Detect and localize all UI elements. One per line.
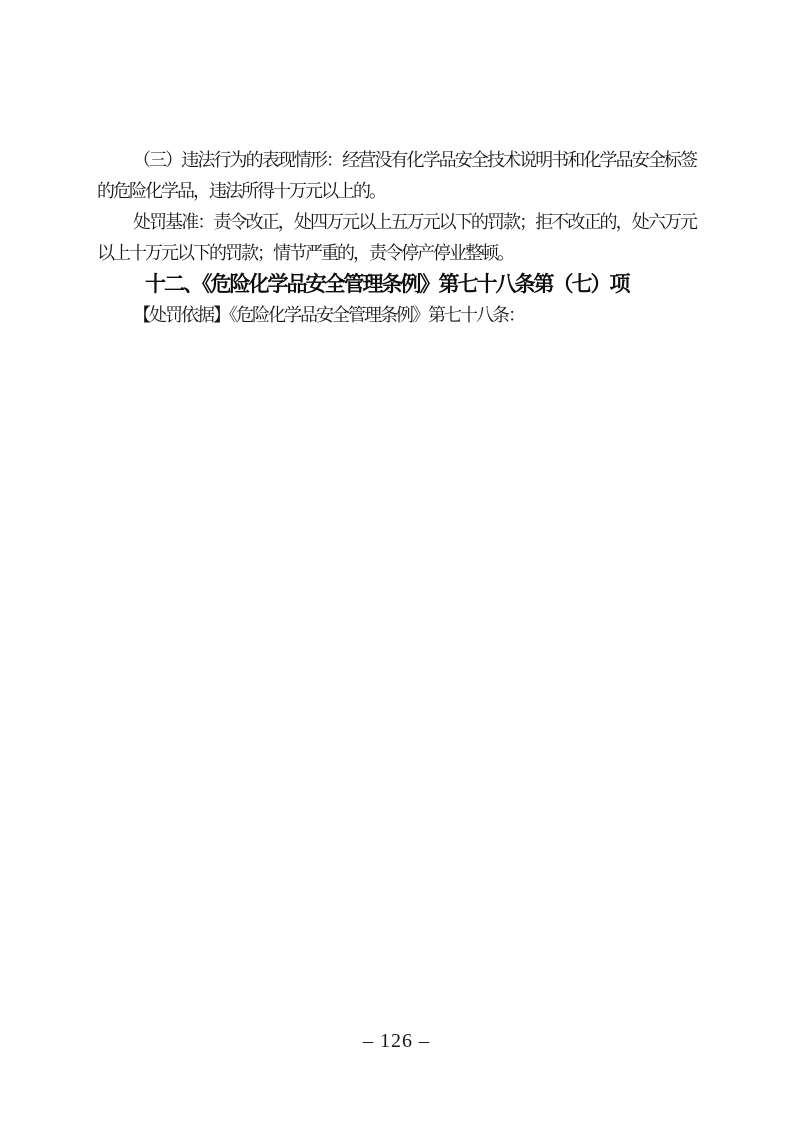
penalty-standard-line-2: 以上十万元以下的罚款；情节严重的，责令停产停业整顿。 xyxy=(97,238,696,269)
page-number: – 126 – xyxy=(363,1030,430,1052)
document-page: （三）违法行为的表现情形：经营没有化学品安全技术说明书和化学品安全标签 的危险化… xyxy=(0,0,793,1122)
paragraph-violation-description: （三）违法行为的表现情形：经营没有化学品安全技术说明书和化学品安全标签 的危险化… xyxy=(97,145,696,207)
paragraph-penalty-standard: 处罚基准：责令改正，处四万元以上五万元以下的罚款；拒不改正的，处六万元 以上十万… xyxy=(97,207,696,269)
violation-description-line-2: 的危险化学品，违法所得十万元以上的。 xyxy=(97,176,696,207)
page-footer: – 126 – xyxy=(0,1030,793,1053)
penalty-basis-line-1: 【处罚依据】《危险化学品安全管理条例》第七十八条： xyxy=(97,300,696,331)
violation-description-line-1: （三）违法行为的表现情形：经营没有化学品安全技术说明书和化学品安全标签 xyxy=(97,145,696,176)
section-heading-article-78-item-7: 十二、《危险化学品安全管理条例》第七十八条第（七）项 xyxy=(97,269,696,300)
penalty-standard-line-1: 处罚基准：责令改正，处四万元以上五万元以下的罚款；拒不改正的，处六万元 xyxy=(97,207,696,238)
body-text-block: （三）违法行为的表现情形：经营没有化学品安全技术说明书和化学品安全标签 的危险化… xyxy=(97,145,696,331)
paragraph-penalty-basis: 【处罚依据】《危险化学品安全管理条例》第七十八条： xyxy=(97,300,696,331)
